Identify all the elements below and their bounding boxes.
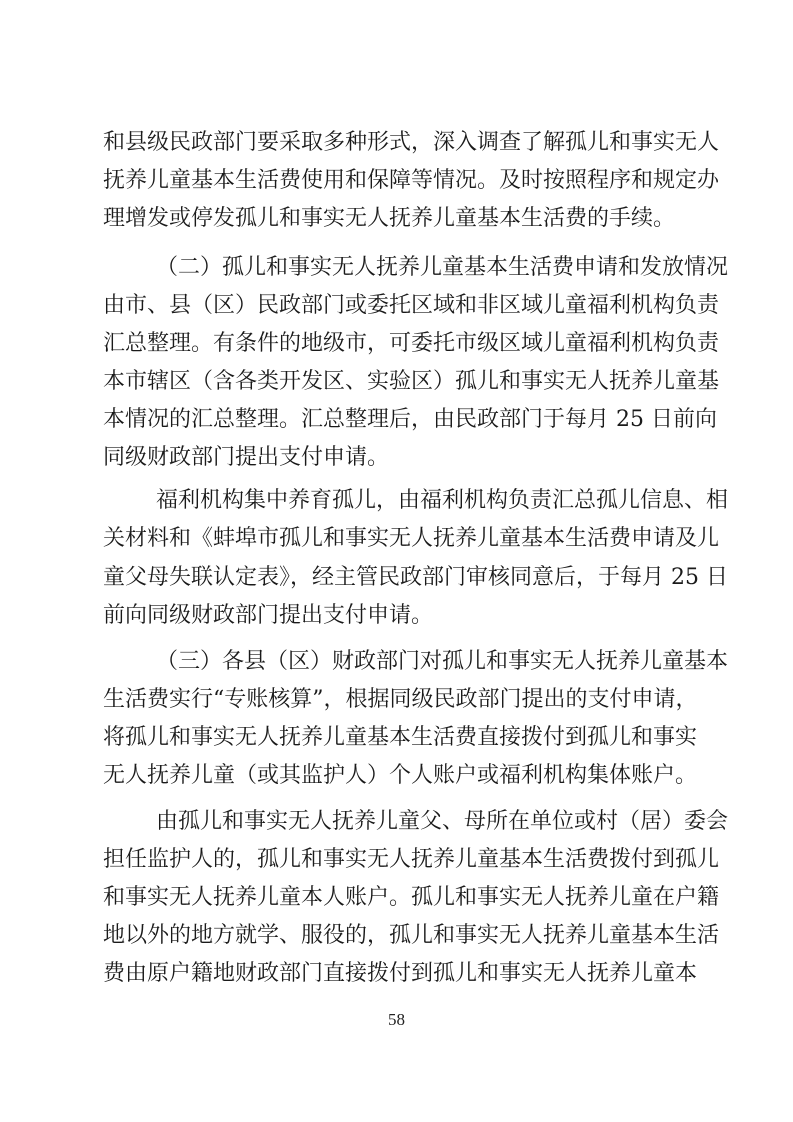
body-text-line: 和县级民政部门要采取多种形式，深入调查了解孤儿和事实无人 [103, 128, 691, 158]
paragraph-start-line: 由孤儿和事实无人抚养儿童父、母所在单位或村（居）委会 [156, 807, 691, 837]
body-text-line: 汇总整理。有条件的地级市，可委托市级区域儿童福利机构负责 [103, 329, 691, 359]
body-text-line: 理增发或停发孤儿和事实无人抚养儿童基本生活费的手续。 [103, 204, 691, 234]
body-text-line: 抚养儿童基本生活费使用和保障等情况。及时按照程序和规定办 [103, 166, 691, 196]
body-text-line: 本市辖区（含各类开发区、实验区）孤儿和事实无人抚养儿童基 [103, 367, 691, 397]
body-text-line: 费由原户籍地财政部门直接拨付到孤儿和事实无人抚养儿童本 [103, 959, 691, 989]
body-text-line: 关材料和《蚌埠市孤儿和事实无人抚养儿童基本生活费申请及儿 [103, 524, 691, 554]
section-heading-line: （三）各县（区）财政部门对孤儿和事实无人抚养儿童基本 [156, 647, 691, 677]
page-number: 58 [0, 1010, 793, 1030]
body-text-line: 同级财政部门提出支付申请。 [103, 443, 691, 473]
paragraph-start-line: 福利机构集中养育孤儿，由福利机构负责汇总孤儿信息、相 [156, 486, 691, 516]
document-page: 和县级民政部门要采取多种形式，深入调查了解孤儿和事实无人 抚养儿童基本生活费使用… [0, 0, 793, 1122]
body-text-line: 本情况的汇总整理。汇总整理后，由民政部门于每月 25 日前向 [103, 405, 691, 435]
body-text-line: 由市、县（区）民政部门或委托区域和非区域儿童福利机构负责 [103, 291, 691, 321]
body-text-line: 将孤儿和事实无人抚养儿童基本生活费直接拨付到孤儿和事实 [103, 723, 691, 753]
body-text-line: 生活费实行“专账核算”，根据同级民政部门提出的支付申请， [103, 685, 691, 715]
body-text-line: 无人抚养儿童（或其监护人）个人账户或福利机构集体账户。 [103, 761, 691, 791]
body-text-line: 地以外的地方就学、服役的，孤儿和事实无人抚养儿童基本生活 [103, 921, 691, 951]
section-heading-line: （二）孤儿和事实无人抚养儿童基本生活费申请和发放情况 [156, 253, 691, 283]
body-text-line: 担任监护人的，孤儿和事实无人抚养儿童基本生活费拨付到孤儿 [103, 845, 691, 875]
body-text-line: 童父母失联认定表》，经主管民政部门审核同意后，于每月 25 日 [103, 563, 691, 593]
body-text-line: 和事实无人抚养儿童本人账户。孤儿和事实无人抚养儿童在户籍 [103, 883, 691, 913]
body-text-line: 前向同级财政部门提出支付申请。 [103, 601, 691, 631]
